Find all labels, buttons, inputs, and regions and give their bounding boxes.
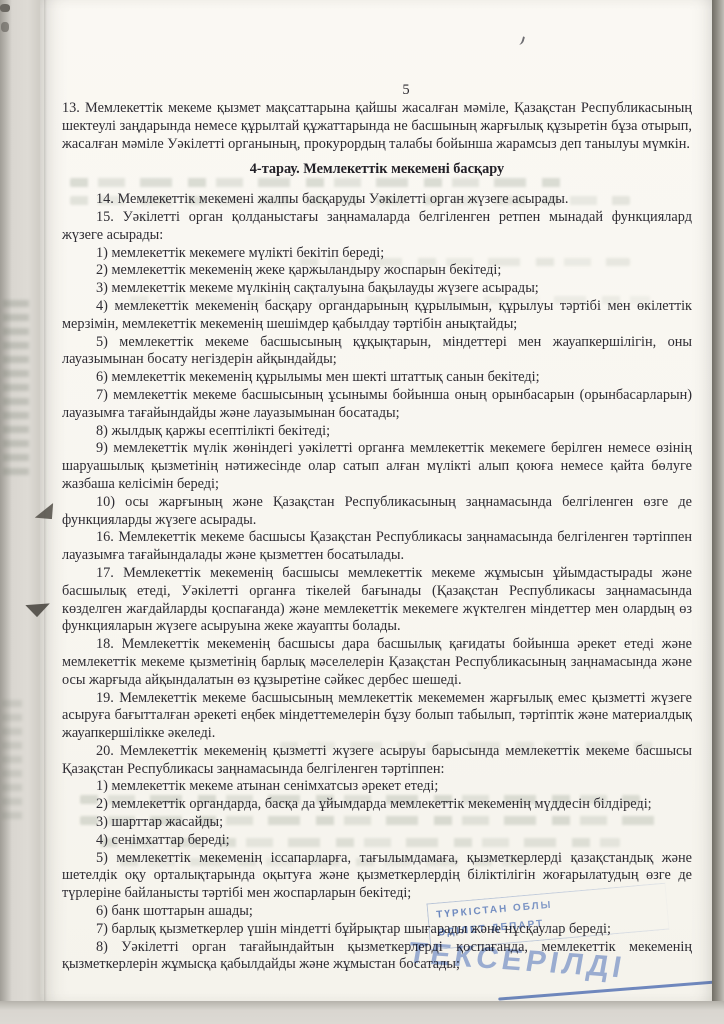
page-number: 5 bbox=[86, 82, 714, 99]
document-paragraph: 1) мемлекеттік мекеме атынан сенімхатсыз… bbox=[62, 778, 692, 796]
document-paragraph: 8) жылдық қаржы есептілікті бекітеді; bbox=[62, 423, 692, 441]
edge-smudge bbox=[1, 22, 9, 32]
stamp-underline bbox=[498, 980, 714, 1000]
scan-left-edge-shadow bbox=[0, 0, 12, 1024]
document-paragraph: 20. Мемлекеттік мекеменің қызметті жүзег… bbox=[62, 743, 692, 779]
document-paragraph: 9) мемлекеттік мүлік жөніндегі уәкілетті… bbox=[62, 440, 692, 493]
document-paragraph: 6) мемлекеттік мекеменің құрылымы мен ше… bbox=[62, 369, 692, 387]
document-paragraph: 8) Уәкілетті орган тағайындайтын қызметк… bbox=[62, 939, 692, 975]
document-paragraph: 5) мемлекеттік мекеменің іссапарларға, т… bbox=[62, 850, 692, 903]
scan-bottom-edge bbox=[0, 1001, 724, 1024]
chapter-heading: 4-тарау. Мемлекеттік мекемені басқару bbox=[62, 161, 692, 179]
document-paragraph: 7) барлық қызметкерлер үшін міндетті бұй… bbox=[62, 921, 692, 939]
scan-right-edge bbox=[712, 0, 724, 1024]
document-paragraph: 5) мемлекеттік мекеме басшысының құқықта… bbox=[62, 334, 692, 370]
document-paragraph: 15. Уәкілетті орган қолданыстағы заңнама… bbox=[62, 209, 692, 245]
document-paragraph: 1) мемлекеттік мекемеге мүлікті бекітіп … bbox=[62, 245, 692, 263]
document-paragraph: 2) мемлекеттік мекеменің жеке қаржыланды… bbox=[62, 262, 692, 280]
document-paragraph: 4) сенімхаттар береді; bbox=[62, 832, 692, 850]
document-paragraph: 2) мемлекеттік органдарда, басқа да ұйым… bbox=[62, 796, 692, 814]
document-page: 5 13. Мемлекеттік мекеме қызмет мақсатта… bbox=[40, 0, 714, 1002]
scanned-document: 5 13. Мемлекеттік мекеме қызмет мақсатта… bbox=[0, 0, 724, 1024]
document-paragraph: 14. Мемлекеттік мекемені жалпы басқаруды… bbox=[62, 191, 692, 209]
document-paragraph: 7) мемлекеттік мекеме басшысының ұсынымы… bbox=[62, 387, 692, 423]
document-paragraph: 10) осы жарғының және Қазақстан Республи… bbox=[62, 494, 692, 530]
document-paragraph: 3) шарттар жасайды; bbox=[62, 814, 692, 832]
document-paragraph: 17. Мемлекеттік мекеменің басшысы мемлек… bbox=[62, 565, 692, 636]
bleedthrough-mark bbox=[3, 300, 29, 480]
document-paragraph: 19. Мемлекеттік мекеме басшысының мемлек… bbox=[62, 690, 692, 743]
edge-smudge bbox=[0, 4, 10, 12]
page-crease bbox=[44, 0, 47, 1002]
document-paragraph: 4) мемлекеттік мекеменің басқару органда… bbox=[62, 298, 692, 334]
pen-mark bbox=[517, 35, 525, 45]
document-body: 13. Мемлекеттік мекеме қызмет мақсаттары… bbox=[62, 100, 692, 974]
document-paragraph: 6) банк шоттарын ашады; bbox=[62, 903, 692, 921]
document-paragraph: 13. Мемлекеттік мекеме қызмет мақсаттары… bbox=[62, 100, 692, 153]
document-paragraph: 3) мемлекеттік мекеме мүлкінің сақталуын… bbox=[62, 280, 692, 298]
document-paragraph: 18. Мемлекеттік мекеменің басшысы дара б… bbox=[62, 636, 692, 689]
bleedthrough-mark bbox=[2, 700, 22, 820]
document-paragraph: 16. Мемлекеттік мекеме басшысы Қазақстан… bbox=[62, 529, 692, 565]
